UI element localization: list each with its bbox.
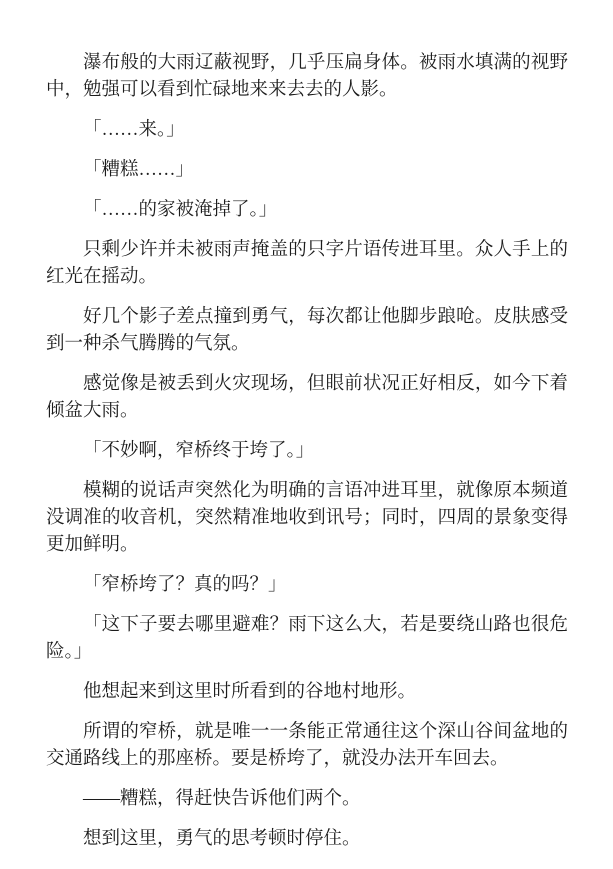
paragraph: 「……来。」 bbox=[46, 117, 568, 144]
paragraph: 「这下子要去哪里避难？雨下这么大，若是要绕山路也很危险。」 bbox=[46, 612, 568, 666]
paragraph: 他想起来到这里时所看到的谷地村地形。 bbox=[46, 679, 568, 706]
paragraph: 想到这里，勇气的思考顿时停住。 bbox=[46, 826, 568, 853]
text-content: 瀑布般的大雨辽蔽视野，几乎压扁身体。被雨水填满的视野中，勉强可以看到忙碌地来来去… bbox=[46, 50, 568, 853]
paragraph: ——糟糕，得赶快告诉他们两个。 bbox=[46, 786, 568, 813]
paragraph: 模糊的说话声突然化为明确的言语冲进耳里，就像原本频道没调准的收音机，突然精准地收… bbox=[46, 478, 568, 559]
paragraph: 所谓的窄桥，就是唯一一条能正常通往这个深山谷间盆地的交通路线上的那座桥。要是桥垮… bbox=[46, 719, 568, 773]
document-page: 瀑布般的大雨辽蔽视野，几乎压扁身体。被雨水填满的视野中，勉强可以看到忙碌地来来去… bbox=[0, 0, 613, 869]
paragraph: 「窄桥垮了？真的吗？」 bbox=[46, 572, 568, 599]
paragraph: 「不妙啊，窄桥终于垮了。」 bbox=[46, 438, 568, 465]
paragraph: 瀑布般的大雨辽蔽视野，几乎压扁身体。被雨水填满的视野中，勉强可以看到忙碌地来来去… bbox=[46, 50, 568, 104]
paragraph: 感觉像是被丢到火灾现场，但眼前状况正好相反，如今下着倾盆大雨。 bbox=[46, 371, 568, 425]
paragraph: 「……的家被淹掉了。」 bbox=[46, 197, 568, 224]
paragraph: 只剩少许并未被雨声掩盖的只字片语传进耳里。众人手上的红光在摇动。 bbox=[46, 237, 568, 291]
paragraph: 「糟糕……」 bbox=[46, 157, 568, 184]
paragraph: 好几个影子差点撞到勇气，每次都让他脚步踉呛。皮肤感受到一种杀气腾腾的气氛。 bbox=[46, 304, 568, 358]
